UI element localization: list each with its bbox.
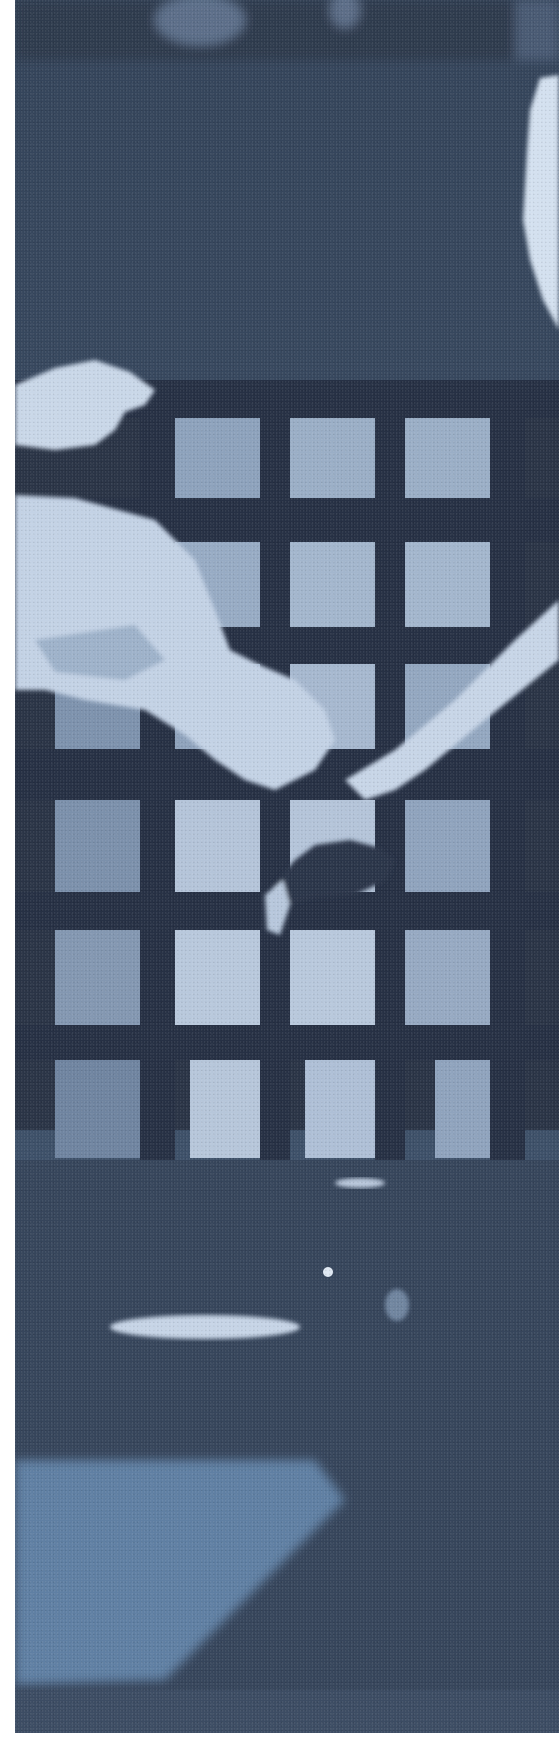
- lower-room: [15, 1160, 559, 1733]
- photograph: [15, 0, 559, 1733]
- top-background-shapes: [15, 0, 559, 60]
- photo-scene: [15, 0, 559, 1733]
